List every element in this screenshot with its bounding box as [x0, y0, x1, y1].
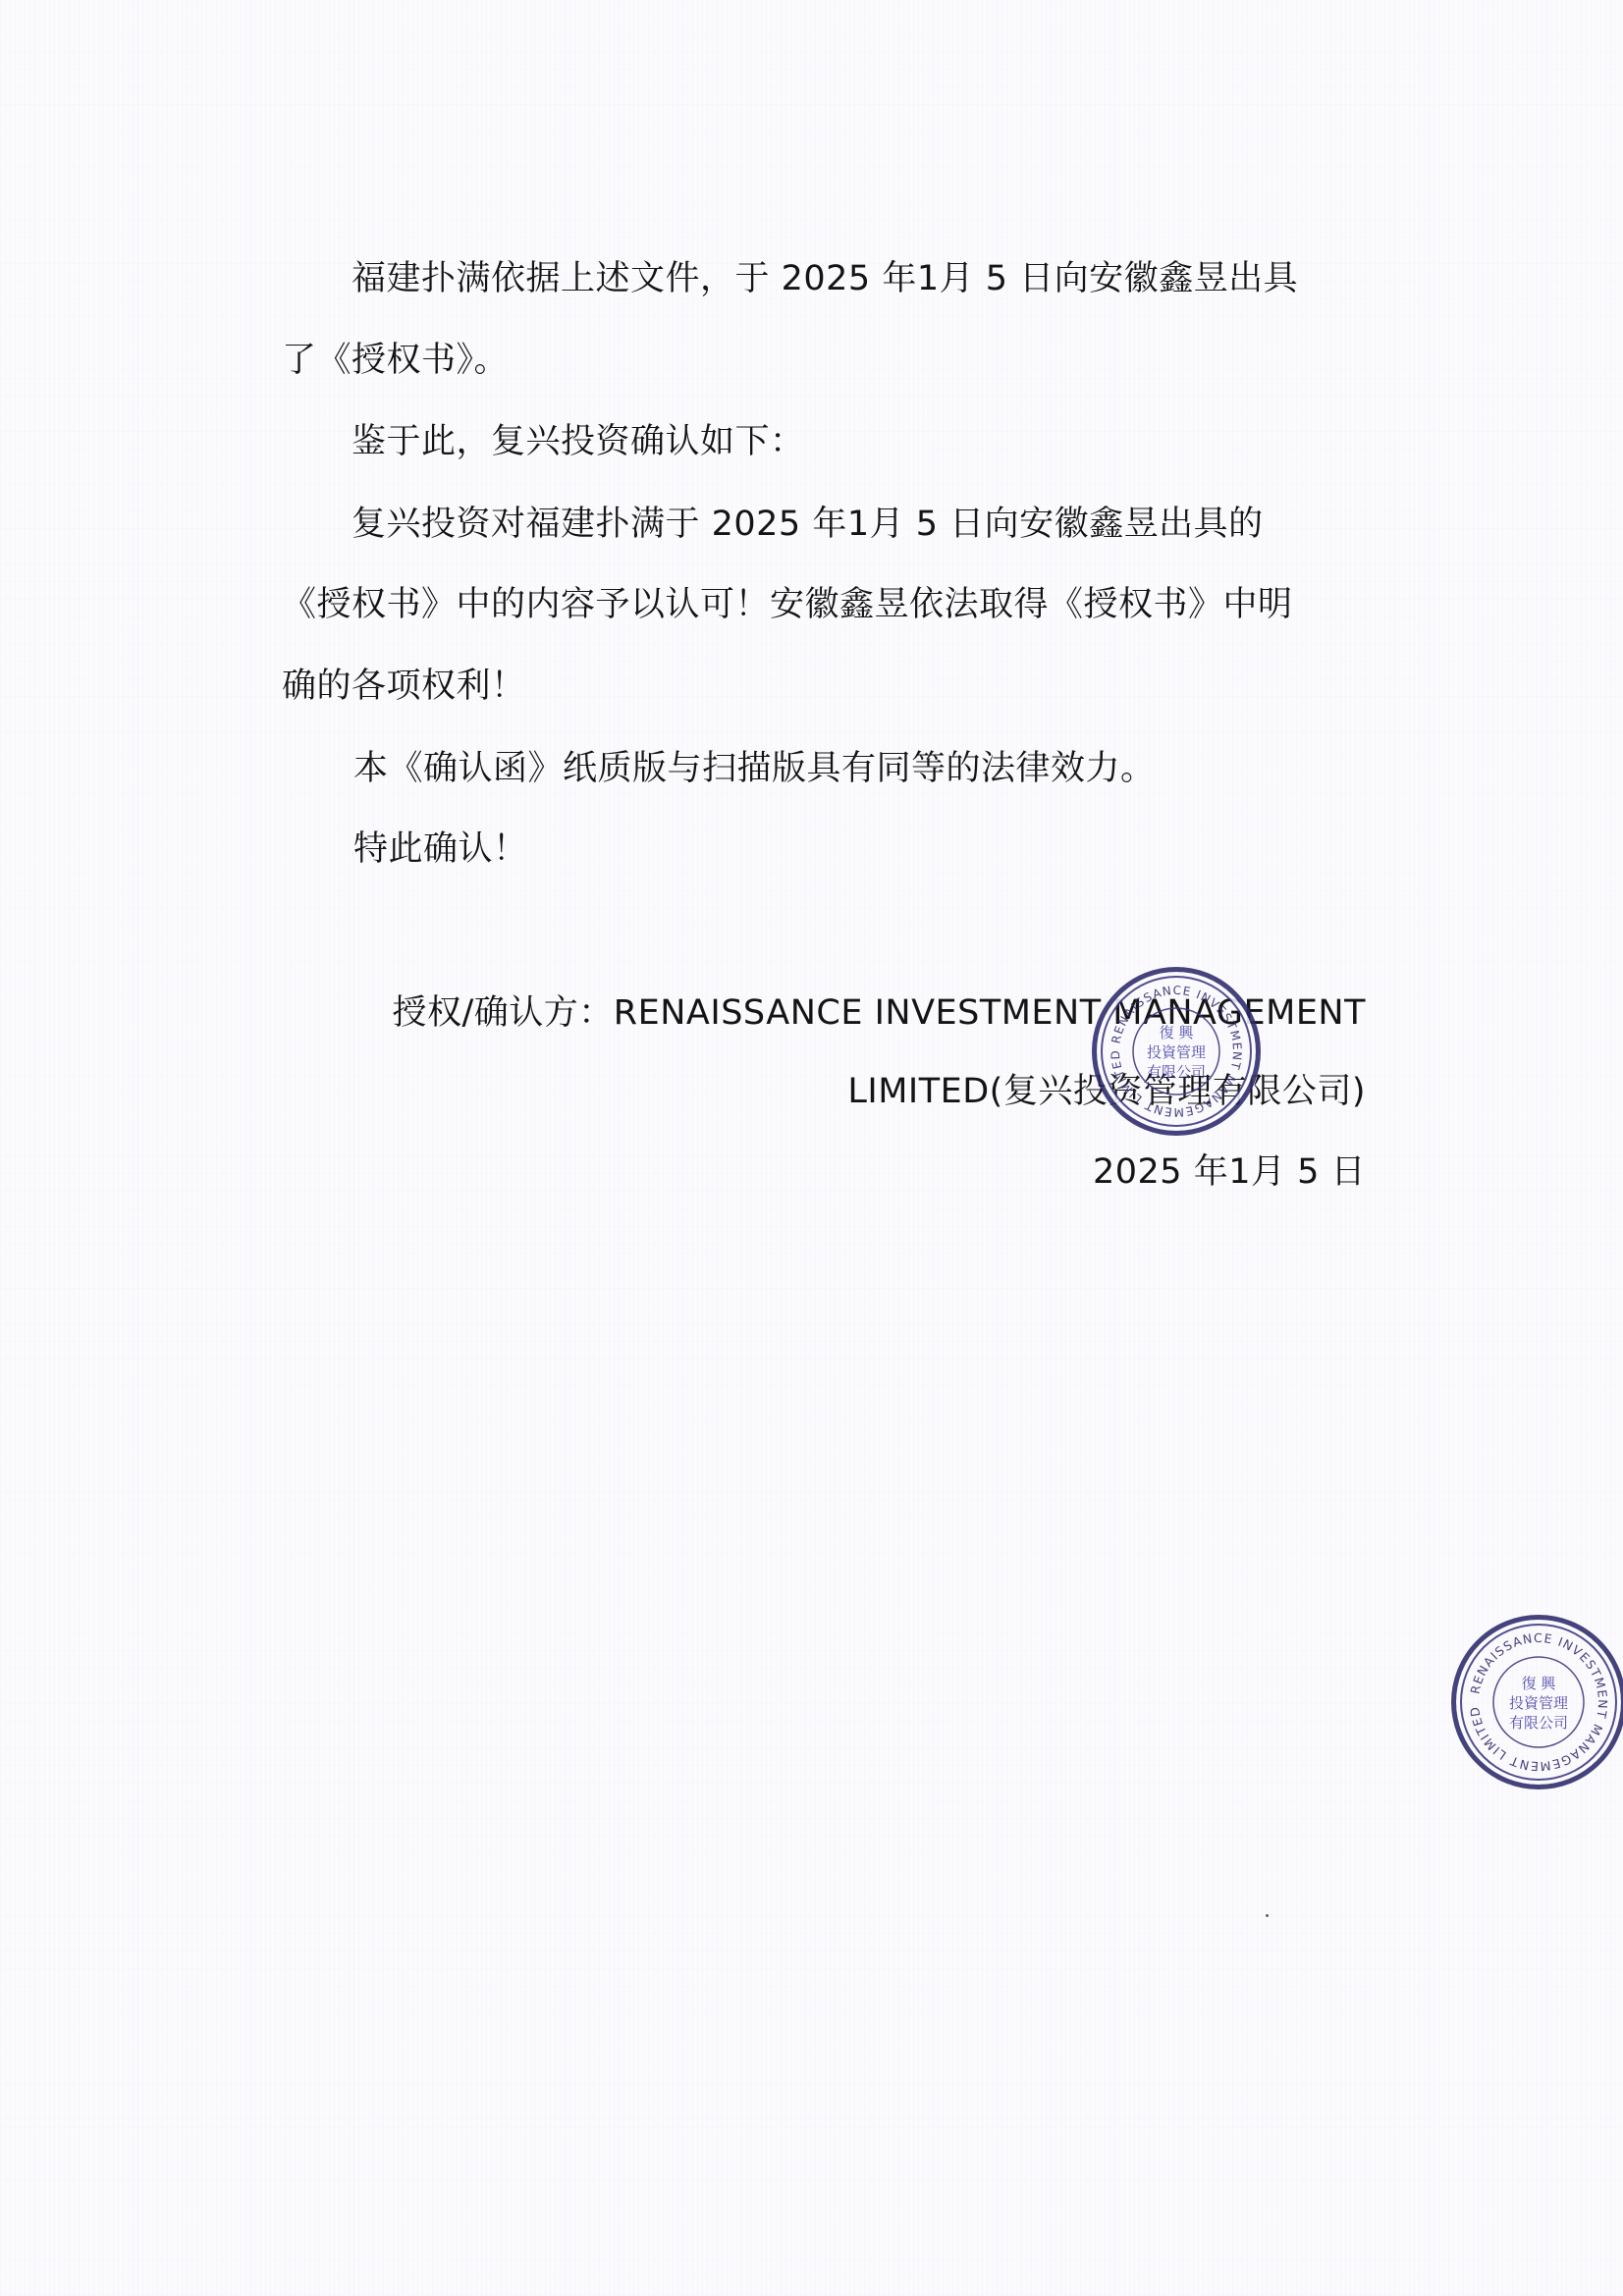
paragraph-2-line-1: 鉴于此，复兴投资确认如下： — [352, 420, 805, 463]
seal-graphic-icon: RENAISSANCE INVESTMENT MANAGEMENT LIMITE… — [1092, 967, 1261, 1136]
paragraph-4-line-1: 本《确认函》纸质版与扫描版具有同等的法律效力。 — [353, 747, 1156, 790]
paragraph-5-line-1: 特此确认！ — [353, 828, 528, 871]
cross-page-seal-stamp: RENAISSANCE INVESTMENT MANAGEMENT LIMITE… — [1451, 1615, 1623, 1789]
signature-date: 2025 年1月 5 日 — [1093, 1150, 1366, 1194]
paragraph-3-line-3: 确的各项权利！ — [282, 665, 526, 708]
svg-text:復 興: 復 興 — [1522, 1675, 1557, 1692]
svg-text:有限公司: 有限公司 — [1509, 1714, 1568, 1732]
svg-text:投資管理: 投資管理 — [1147, 1043, 1206, 1061]
partial-seal-graphic-icon: RENAISSANCE INVESTMENT MANAGEMENT LIMITE… — [1451, 1615, 1623, 1789]
scan-speck — [1266, 1914, 1269, 1917]
paragraph-3-line-2: 《授权书》中的内容予以认可！安徽鑫昱依法取得《授权书》中明 — [282, 583, 1293, 626]
company-seal-stamp: RENAISSANCE INVESTMENT MANAGEMENT LIMITE… — [1092, 967, 1261, 1136]
paragraph-3-line-1: 复兴投资对福建扑满于 2025 年1月 5 日向安徽鑫昱出具的 — [352, 503, 1264, 546]
paragraph-1-line-1: 福建扑满依据上述文件，于 2025 年1月 5 日向安徽鑫昱出具 — [352, 257, 1298, 300]
svg-text:投資管理: 投資管理 — [1509, 1694, 1568, 1712]
paragraph-1-line-2: 了《授权书》。 — [282, 339, 509, 382]
svg-text:有限公司: 有限公司 — [1147, 1063, 1206, 1081]
svg-text:復 興: 復 興 — [1160, 1024, 1195, 1041]
